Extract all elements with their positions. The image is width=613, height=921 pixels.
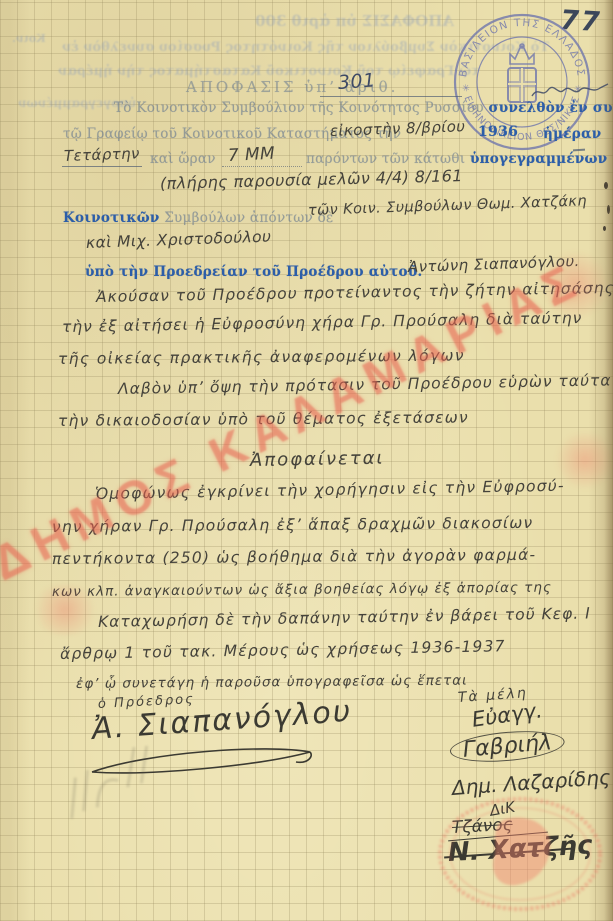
- red-ink-smudge: [555, 430, 613, 490]
- ink-speck: [604, 182, 608, 189]
- typed-line-absent: Κοινοτικῶν Συμβούλων ἀπόντων δὲ: [63, 210, 334, 226]
- typed-bold-text: ὑπογεγραμμένων: [470, 151, 607, 167]
- handwritten-time: 7 ΜΜ: [227, 144, 275, 166]
- typed-year: 1936: [478, 124, 518, 140]
- day-underline: [62, 166, 142, 167]
- handwritten-absent-names-2: καὶ Μιχ. Χριστοδούλου: [86, 228, 272, 252]
- hand-paragraph-10: Καταχωρήση δὲ τὴν δαπάνην ταύτην ἐν βάρε…: [98, 604, 591, 631]
- typed-line-opening: Τὸ Κοινοτικὸν Συμβούλιον τῆς Κοινότητος …: [114, 100, 613, 116]
- time-underline: [222, 166, 302, 167]
- member-signature-2: Γαβριήλ: [449, 727, 566, 766]
- crown-icon: [510, 44, 534, 64]
- typed-bold-imeran: ἡμέραν: [543, 126, 601, 142]
- typed-bold-text: Κοινοτικῶν: [63, 210, 160, 226]
- typed-line-present: παρόντων τῶν κάτωθι ὑπογεγραμμένων: [306, 151, 607, 167]
- ink-speck: [607, 205, 610, 214]
- typed-kai-oran: καὶ ὥραν: [150, 151, 216, 167]
- typed-text: Τὸ Κοινοτικὸν Συμβούλιον τῆς Κοινότητος …: [114, 100, 489, 116]
- typed-line-presidency: ὑπὸ τὴν Προεδρείαν τοῦ Προέδρου αὐτοῦ.: [85, 264, 423, 280]
- handwritten-quorum-note: (πλήρης παρουσία μελῶν 4/4) 8/161: [160, 166, 463, 193]
- red-ink-smudge: [30, 585, 100, 635]
- scanned-document-page: ΑΠΟΦΑΣΙΣ ὑπ ἀριθ 300 Τὸ Κοινοτικὸν Συμβο…: [0, 0, 613, 921]
- bleedthrough-line: Κοιν.: [12, 32, 46, 45]
- bleedthrough-line: ΑΠΟΦΑΣΙΣ ὑπ ἀριθ 300: [255, 12, 454, 30]
- oval-stamp: [428, 790, 608, 920]
- oval-stamp-emblem: [493, 818, 550, 886]
- typed-text: παρόντων τῶν κάτωθι: [306, 151, 470, 167]
- handwritten-scribble: [530, 80, 610, 102]
- hand-paragraph-11: ἄρθρῳ 1 τοῦ τακ. Μέρους ὡς χρήσεως 1936-…: [60, 637, 506, 663]
- pencil-ghost-mark: [46, 727, 184, 840]
- typed-bold-text: ὑπὸ τὴν Προεδρείαν τοῦ Προέδρου: [85, 264, 369, 280]
- red-ink-smudge: [540, 250, 610, 320]
- bleedthrough-line: τῷ Γραφείῳ τοῦ Κοινοτικοῦ Καταστήματος τ…: [58, 64, 480, 79]
- hand-paragraph-12: ἐφ’ ᾧ συνετάγη ἡ παροῦσα ὑπογραφεῖσα ὡς …: [76, 673, 468, 692]
- handwritten-absent-names: τῶν Κοιν. Συμβούλων Θωμ. Χατζάκη: [308, 193, 588, 219]
- ink-speck: [603, 226, 606, 231]
- act-number: 301: [337, 69, 376, 94]
- handwritten-day: Τετάρτην: [64, 144, 140, 165]
- title-underline: [320, 96, 462, 97]
- hand-paragraph-9: κων κλπ. ἀναγκαιούντων ὡς ἄξια βοηθείας …: [52, 580, 552, 600]
- hand-paragraph-8: πεντήκοντα (250) ὡς βοήθημα διὰ τὴν ἀγορ…: [52, 546, 536, 568]
- typed-bold-text: συνελθὸν ἐν συνεδριάσει ἐν: [489, 100, 613, 116]
